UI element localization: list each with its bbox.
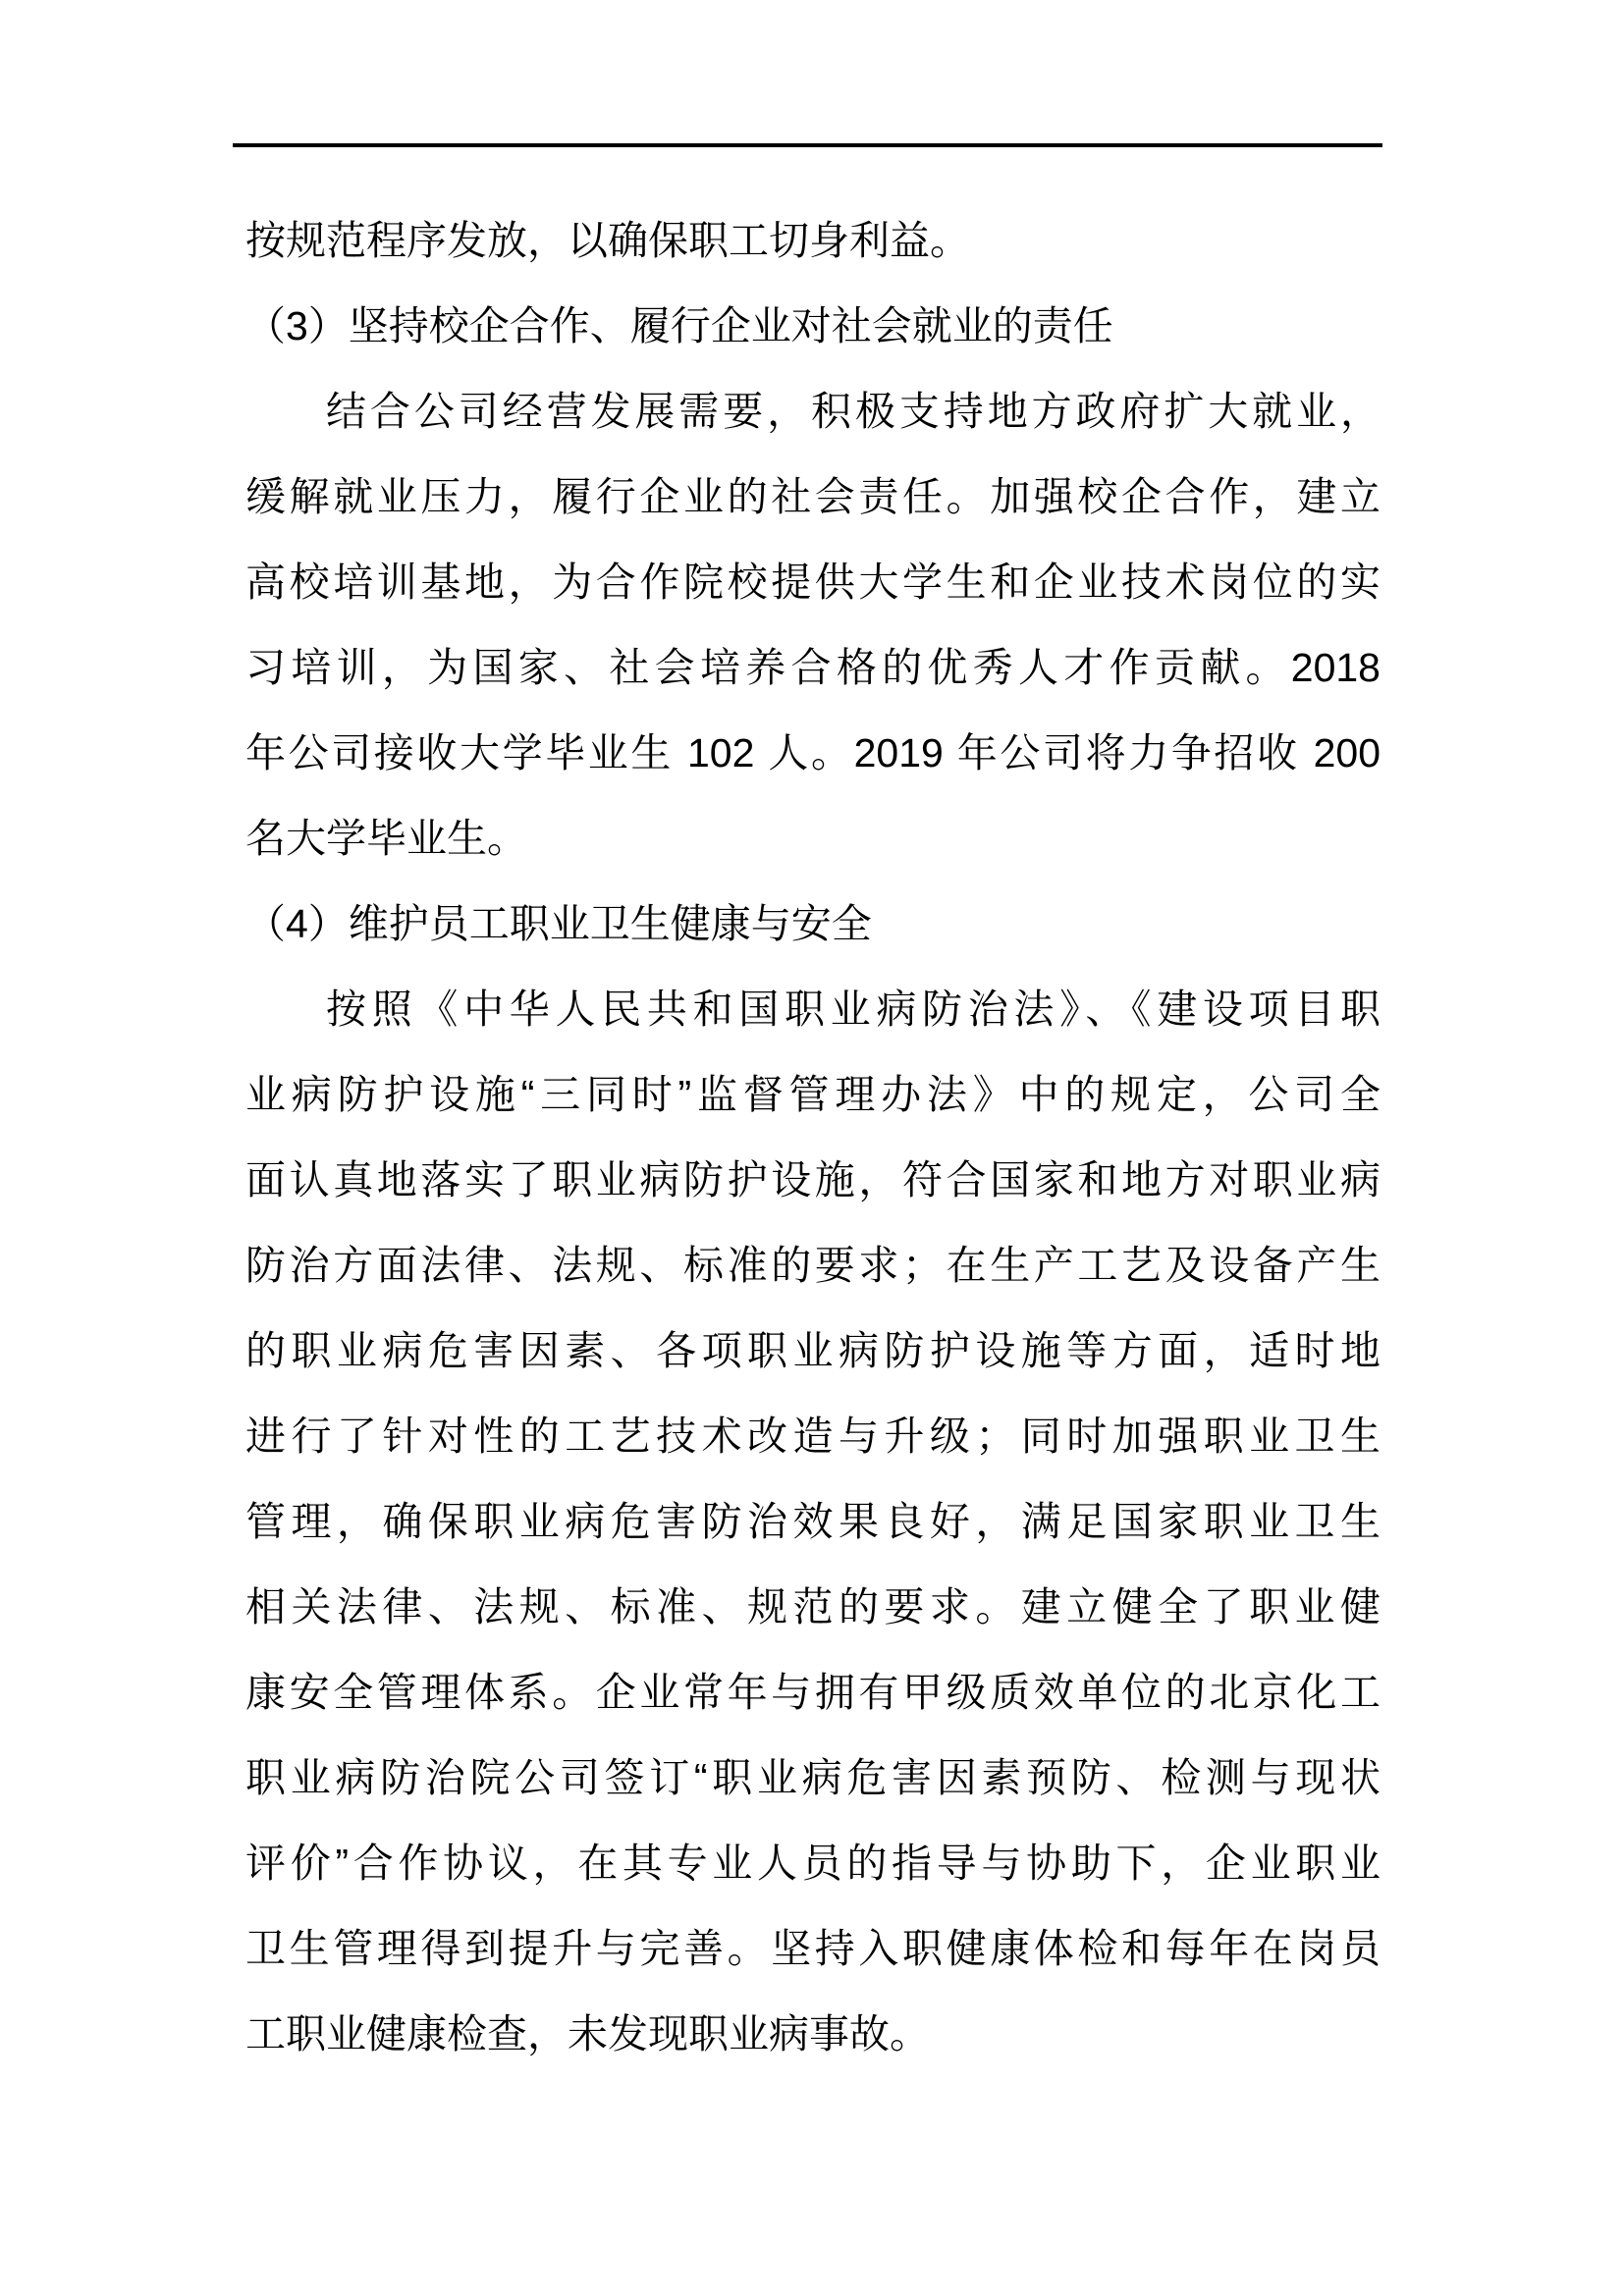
document-page: 按规范程序发放，以确保职工切身利益。 （3）坚持校企合作、履行企业对社会就业的责… bbox=[0, 0, 1624, 2296]
text-line: 按照《中华人民共和国职业病防治法》、《建设项目职 bbox=[245, 967, 1380, 1052]
text-line: 管理，确保职业病危害防治效果良好，满足国家职业卫生 bbox=[245, 1479, 1380, 1565]
text-line: 卫生管理得到提升与完善。坚持入职健康体检和每年在岗员 bbox=[245, 1906, 1380, 1992]
text-line: （3）坚持校企合作、履行企业对社会就业的责任 bbox=[245, 284, 1380, 369]
text-line: 年公司接收大学毕业生 102 人。2019 年公司将力争招收 200 bbox=[245, 711, 1380, 796]
text-line: 结合公司经营发展需要，积极支持地方政府扩大就业， bbox=[245, 369, 1380, 454]
text-line: 名大学毕业生。 bbox=[245, 796, 1380, 881]
text-line: 按规范程序发放，以确保职工切身利益。 bbox=[245, 198, 1380, 284]
text-line: 的职业病危害因素、各项职业病防护设施等方面，适时地 bbox=[245, 1308, 1380, 1394]
text-line: 工职业健康检查，未发现职业病事故。 bbox=[245, 1992, 1380, 2077]
text-line: 业病防护设施“三同时”监督管理办法》中的规定，公司全 bbox=[245, 1052, 1380, 1138]
text-line: 评价”合作协议，在其专业人员的指导与协助下，企业职业 bbox=[245, 1821, 1380, 1906]
text-line: 高校培训基地，为合作院校提供大学生和企业技术岗位的实 bbox=[245, 540, 1380, 625]
text-line: 相关法律、法规、标准、规范的要求。建立健全了职业健 bbox=[245, 1565, 1380, 1650]
text-line: 进行了针对性的工艺技术改造与升级；同时加强职业卫生 bbox=[245, 1394, 1380, 1479]
body-text: 按规范程序发放，以确保职工切身利益。 （3）坚持校企合作、履行企业对社会就业的责… bbox=[245, 198, 1380, 2077]
text-line: 面认真地落实了职业病防护设施，符合国家和地方对职业病 bbox=[245, 1138, 1380, 1223]
text-line: 习培训，为国家、社会培养合格的优秀人才作贡献。2018 bbox=[245, 625, 1380, 711]
text-line: 缓解就业压力，履行企业的社会责任。加强校企合作，建立 bbox=[245, 454, 1380, 540]
text-line: （4）维护员工职业卫生健康与安全 bbox=[245, 881, 1380, 967]
text-line: 职业病防治院公司签订“职业病危害因素预防、检测与现状 bbox=[245, 1735, 1380, 1821]
text-line: 康安全管理体系。企业常年与拥有甲级质效单位的北京化工 bbox=[245, 1650, 1380, 1735]
text-line: 防治方面法律、法规、标准的要求；在生产工艺及设备产生 bbox=[245, 1223, 1380, 1308]
header-rule bbox=[233, 143, 1382, 147]
